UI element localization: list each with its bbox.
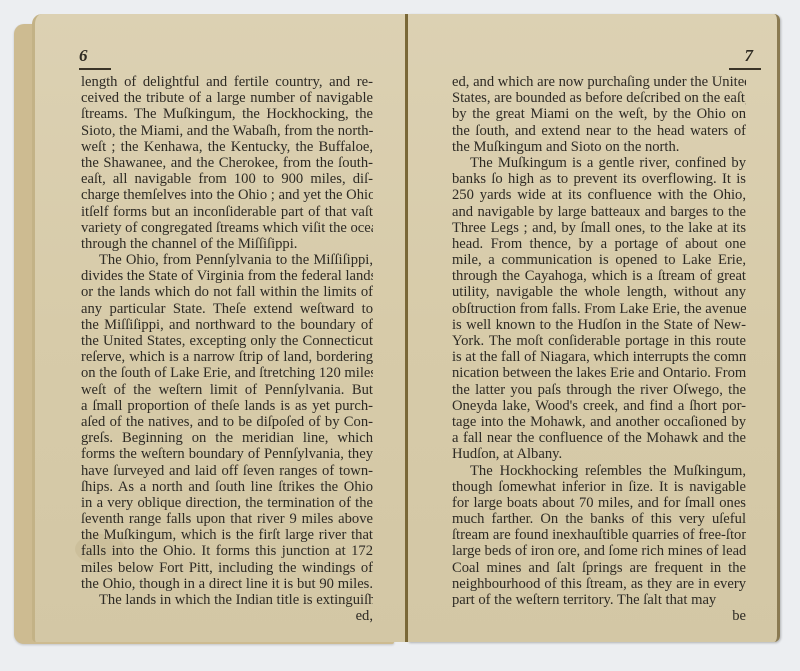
text-line: tage into the Mohawk, and another occaſi… (452, 414, 746, 430)
text-line: the Muſkingum and Sioto on the north. (452, 139, 746, 155)
text-line: any particular State. Theſe extend weſtw… (81, 301, 373, 317)
header-rule (729, 68, 761, 70)
text-line: Sioto, the Miami, and the Wabaſh, from t… (81, 123, 373, 139)
header-rule (79, 68, 111, 70)
text-line: in a very oblique direction, the termina… (81, 495, 373, 511)
text-line: Hudſon, at Albany. (452, 446, 746, 462)
text-line: The lands in which the Indian title is e… (81, 592, 373, 608)
text-line: falls into the Ohio. It forms this junct… (81, 543, 373, 559)
text-line: is well known to the Hudſon in the State… (452, 317, 746, 333)
text-line: through the Cayahoga, which is a ſtream … (452, 268, 746, 284)
text-line: obſtruction from falls. From Lake Erie, … (452, 301, 746, 317)
text-line: ſtream are found inexhauſtible quarries … (452, 527, 746, 543)
text-line: aſed of the natives, and to be diſpoſed … (81, 414, 373, 430)
text-line: the latter you paſs through the river Oſ… (452, 382, 746, 398)
text-line: ſhips. As a north and ſouth line ſtrikes… (81, 479, 373, 495)
text-line: nication between the lakes Erie and Onta… (452, 365, 746, 381)
text-line: on the ſouth of Lake Erie, and ſtretchin… (81, 365, 373, 381)
text-line: banks ſo high as to prevent its overflow… (452, 171, 746, 187)
text-line: States, are bounded as before deſcribed … (452, 90, 746, 106)
text-line: 250 yards wide at its confluence with th… (452, 187, 746, 203)
text-line: the United States, excepting only the Co… (81, 333, 373, 349)
text-line: greſs. Beginning on the meridian line, w… (81, 430, 373, 446)
right-page-text: ed, and which are now purchaſing under t… (452, 74, 746, 624)
catchword: ed, (81, 608, 373, 624)
text-line: miles below Fort Pitt, including the win… (81, 560, 373, 576)
text-line: forms the weſtern boundary of Pennſylvan… (81, 446, 373, 462)
text-line: part of the weſtern territory. The ſalt … (452, 592, 746, 608)
text-line: head. From thence, by a portage of about… (452, 236, 746, 252)
text-line: The Ohio, from Pennſylvania to the Miſſi… (81, 252, 373, 268)
text-line: Coal mines and ſalt ſprings are frequent… (452, 560, 746, 576)
text-line: weſt ; the Kenhawa, the Kentucky, the Bu… (81, 139, 373, 155)
text-line: is at the fall of Niagara, which interru… (452, 349, 746, 365)
catchword: be (452, 608, 746, 624)
text-line: mile, a communication is opened to Lake … (452, 252, 746, 268)
text-line: the Miſſiſippi, and northward to the bou… (81, 317, 373, 333)
text-line: through the channel of the Miſſiſippi. (81, 236, 373, 252)
text-line: The Hockhocking reſembles the Muſkingum, (452, 463, 746, 479)
text-line: much farther. On the banks of this very … (452, 511, 746, 527)
right-page: 7 ed, and which are now purchaſing under… (408, 14, 780, 642)
text-line: York. The moſt conſiderable portage in t… (452, 333, 746, 349)
text-line: the Shawanee, and the Cherokee, from the… (81, 155, 373, 171)
text-line: itſelf forms but an inconſiderable part … (81, 204, 373, 220)
open-book: 6 length of delightful and fertile count… (12, 14, 782, 654)
left-page-text: length of delightful and fertile country… (81, 74, 373, 624)
text-line: length of delightful and fertile country… (81, 74, 373, 90)
text-line: weſt of the weſtern limit of Pennſylvani… (81, 382, 373, 398)
text-line: utility, navigable the whole length, wit… (452, 284, 746, 300)
text-line: the ſouth, and extend near to the head w… (452, 123, 746, 139)
text-line: and navigable by large batteaux and barg… (452, 204, 746, 220)
text-line: or the lands which do not fall within th… (81, 284, 373, 300)
text-line: the Muſkingum, which is the firſt large … (81, 527, 373, 543)
text-line: The Muſkingum is a gentle river, confine… (452, 155, 746, 171)
text-line: variety of congregated ſtreams which viſ… (81, 220, 373, 236)
text-line: by the great Miami on the weſt, by the O… (452, 106, 746, 122)
text-line: ed, and which are now purchaſing under t… (452, 74, 746, 90)
text-line: large beds of iron ore, and ſome rich mi… (452, 543, 746, 559)
page-number: 6 (79, 46, 88, 66)
text-line: reſerve, which is a narrow ſtrip of land… (81, 349, 373, 365)
text-line: for large boats about 70 miles, and for … (452, 495, 746, 511)
text-line: divides the State of Virginia from the f… (81, 268, 373, 284)
left-page: 6 length of delightful and fertile count… (32, 14, 406, 642)
text-line: ſtreams. The Muſkingum, the Hockhocking,… (81, 106, 373, 122)
text-line: ceived the tribute of a large number of … (81, 90, 373, 106)
text-line: though ſomewhat inferior in ſize. It is … (452, 479, 746, 495)
text-line: eaſt, all navigable from 100 to 900 mile… (81, 171, 373, 187)
text-line: Three Legs ; and, by ſmall ones, to the … (452, 220, 746, 236)
text-line: Oneyda lake, Wood's creek, and find a ſh… (452, 398, 746, 414)
text-line: the Ohio, though in a direct line it is … (81, 576, 373, 592)
page-number: 7 (745, 46, 754, 66)
text-line: ſeventh range falls upon that river 9 mi… (81, 511, 373, 527)
text-line: neighbourhood of this ſtream, as they ar… (452, 576, 746, 592)
text-line: a fall near the confluence of the Mohawk… (452, 430, 746, 446)
text-line: a ſmall proportion of theſe lands is as … (81, 398, 373, 414)
text-line: have ſurveyed and laid off ſeven ranges … (81, 463, 373, 479)
text-line: charge themſelves into the Ohio ; and ye… (81, 187, 373, 203)
